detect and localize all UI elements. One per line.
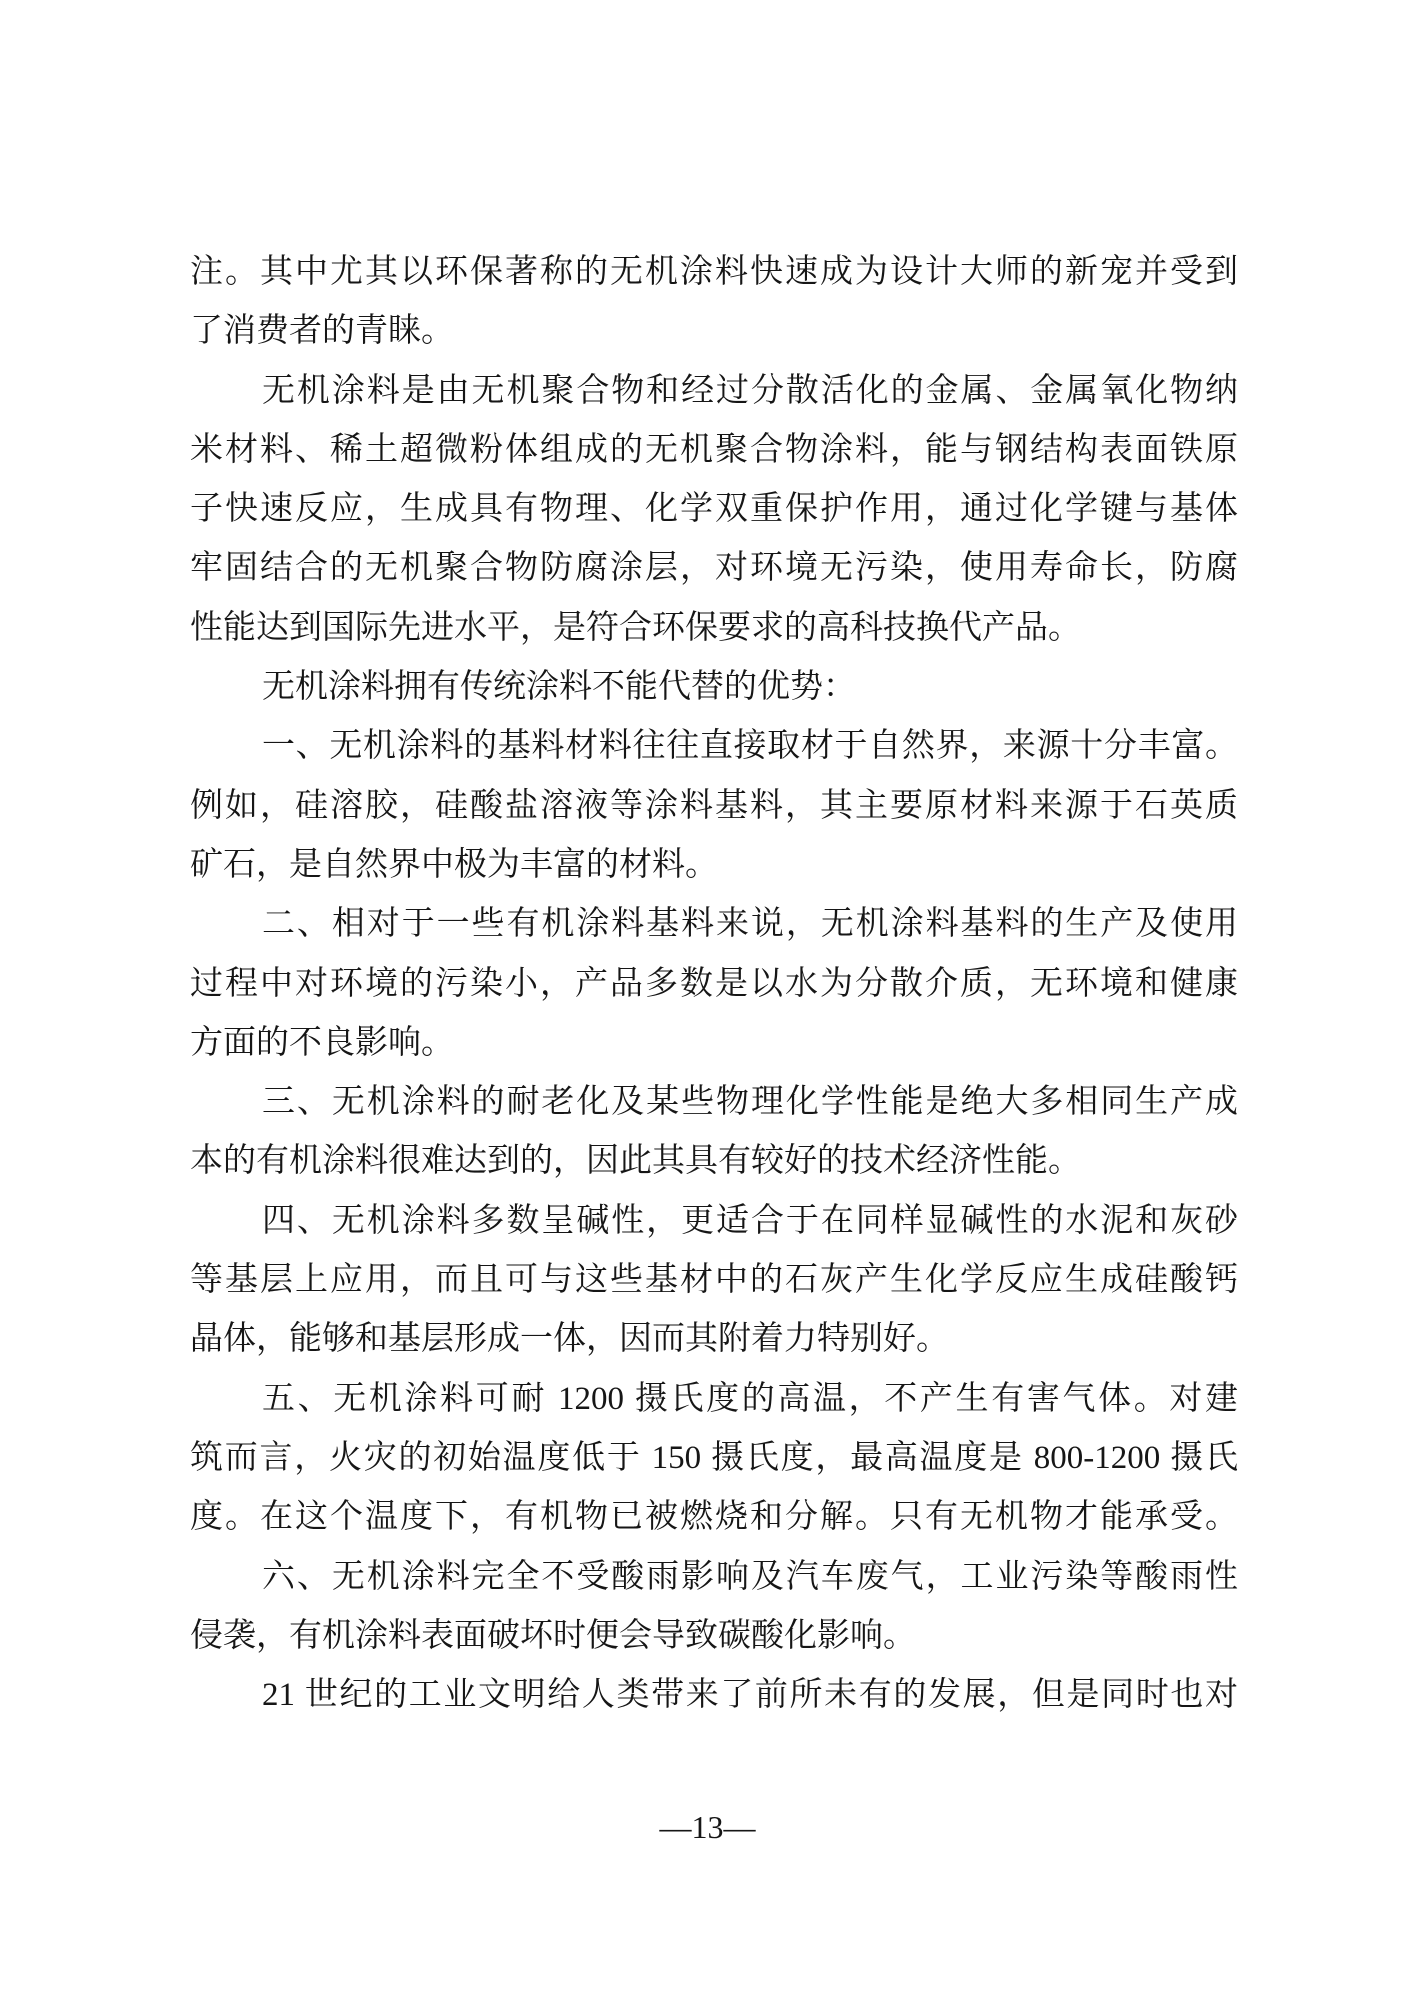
text-line: 注。其中尤其以环保著称的无机涂料快速成为设计大师的新宠并受到 bbox=[190, 243, 1238, 302]
page-footer: —13— bbox=[0, 1796, 1415, 1858]
text-line: 侵袭，有机涂料表面破坏时便会导致碳酸化影响。 bbox=[190, 1607, 1238, 1666]
text-line: 本的有机涂料很难达到的，因此其具有较好的技术经济性能。 bbox=[190, 1132, 1238, 1191]
page-number: —13— bbox=[660, 1809, 756, 1845]
text-line: 度。在这个温度下，有机物已被燃烧和分解。只有无机物才能承受。 bbox=[190, 1488, 1238, 1547]
text-line: 无机涂料是由无机聚合物和经过分散活化的金属、金属氧化物纳 bbox=[190, 362, 1238, 421]
text-line: 了消费者的青睐。 bbox=[190, 302, 1238, 361]
text-line: 二、相对于一些有机涂料基料来说，无机涂料基料的生产及使用 bbox=[190, 895, 1238, 954]
text-line: 晶体，能够和基层形成一体，因而其附着力特别好。 bbox=[190, 1310, 1238, 1369]
text-line: 无机涂料拥有传统涂料不能代替的优势： bbox=[190, 658, 1238, 717]
text-line: 过程中对环境的污染小，产品多数是以水为分散介质，无环境和健康 bbox=[190, 955, 1238, 1014]
text-line: 性能达到国际先进水平，是符合环保要求的高科技换代产品。 bbox=[190, 599, 1238, 658]
text-line: 等基层上应用，而且可与这些基材中的石灰产生化学反应生成硅酸钙 bbox=[190, 1251, 1238, 1310]
text-line: 一、无机涂料的基料材料往往直接取材于自然界，来源十分丰富。 bbox=[190, 717, 1238, 776]
text-line: 例如，硅溶胶，硅酸盐溶液等涂料基料，其主要原材料来源于石英质 bbox=[190, 777, 1238, 836]
text-line: 五、无机涂料可耐 1200 摄氏度的高温，不产生有害气体。对建 bbox=[190, 1370, 1238, 1429]
text-line: 方面的不良影响。 bbox=[190, 1014, 1238, 1073]
text-line: 四、无机涂料多数呈碱性，更适合于在同样显碱性的水泥和灰砂 bbox=[190, 1192, 1238, 1251]
text-line: 矿石，是自然界中极为丰富的材料。 bbox=[190, 836, 1238, 895]
text-line: 六、无机涂料完全不受酸雨影响及汽车废气，工业污染等酸雨性 bbox=[190, 1548, 1238, 1607]
text-line: 筑而言，火灾的初始温度低于 150 摄氏度，最高温度是 800-1200 摄氏 bbox=[190, 1429, 1238, 1488]
text-line: 21 世纪的工业文明给人类带来了前所未有的发展，但是同时也对 bbox=[190, 1666, 1238, 1725]
text-line: 三、无机涂料的耐老化及某些物理化学性能是绝大多相同生产成 bbox=[190, 1073, 1238, 1132]
page-body-text: 注。其中尤其以环保著称的无机涂料快速成为设计大师的新宠并受到了消费者的青睐。无机… bbox=[190, 243, 1238, 1725]
text-line: 牢固结合的无机聚合物防腐涂层，对环境无污染，使用寿命长，防腐 bbox=[190, 539, 1238, 598]
text-line: 子快速反应，生成具有物理、化学双重保护作用，通过化学键与基体 bbox=[190, 480, 1238, 539]
document-page: 注。其中尤其以环保著称的无机涂料快速成为设计大师的新宠并受到了消费者的青睐。无机… bbox=[0, 0, 1415, 2000]
text-line: 米材料、稀土超微粉体组成的无机聚合物涂料，能与钢结构表面铁原 bbox=[190, 421, 1238, 480]
